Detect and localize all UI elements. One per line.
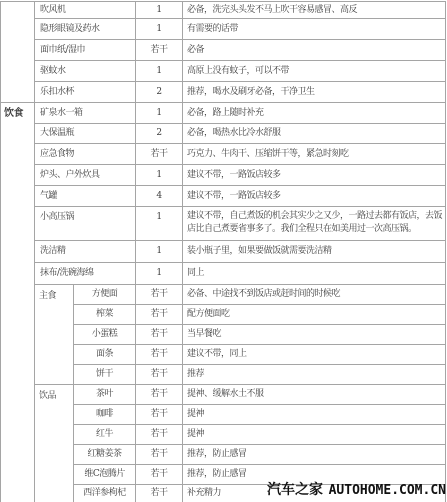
item-cell: 小高压锅 <box>35 207 136 241</box>
item-cell: 气罐 <box>35 186 136 207</box>
table-row: 气罐4建议不带，一路饭店较多 <box>1 186 446 207</box>
note-cell: 提神 <box>183 405 446 425</box>
table-row: 驱蚊水1高原上没有蚊子，可以不带 <box>1 61 446 82</box>
quantity-cell: 若干 <box>136 144 183 165</box>
quantity-cell: 若干 <box>136 485 183 502</box>
note-cell: 建议不带，一路饭店较多 <box>183 165 446 186</box>
item-cell: 方便面 <box>74 285 136 305</box>
table-row: 大保温瓶2必备，喝热水比冷水舒服 <box>1 124 446 144</box>
quantity-cell: 1 <box>136 241 183 263</box>
watermark-site-url: AUTOHOME.COM.CN <box>329 483 446 498</box>
watermark-site-name: 汽车之家 <box>267 482 323 498</box>
item-cell: 大保温瓶 <box>35 124 136 144</box>
table-row: 隐形眼镜及药水1有需要的话带 <box>1 19 446 40</box>
item-cell: 维C泡腾片 <box>74 465 136 485</box>
table-row: 应急食物若干巧克力、牛肉干、压缩饼干等，紧急时刻吃 <box>1 144 446 165</box>
item-cell: 咖啡 <box>74 405 136 425</box>
table-row: 乐扣水杯2推荐，喝水及刷牙必备，干净卫生 <box>1 82 446 103</box>
quantity-cell: 4 <box>136 186 183 207</box>
item-cell: 面巾纸/湿巾 <box>35 40 136 61</box>
quantity-cell: 1 <box>136 263 183 285</box>
table-row: 洗洁精1装小瓶子里，如果要做饭就需要洗洁精 <box>1 241 446 263</box>
category-cell: 饮食 <box>1 103 35 502</box>
note-cell: 必备，路上随时补充 <box>183 103 446 124</box>
note-cell: 推荐，防止感冒 <box>183 445 446 465</box>
note-cell: 装小瓶子里，如果要做饭就需要洗洁精 <box>183 241 446 263</box>
watermark: 汽车之家 AUTOHOME.COM.CN <box>267 479 446 499</box>
table-row: 炉头、户外炊具1建议不带，一路饭店较多 <box>1 165 446 186</box>
quantity-cell: 若干 <box>136 405 183 425</box>
note-cell: 必备 <box>183 40 446 61</box>
quantity-cell: 若干 <box>136 465 183 485</box>
quantity-cell: 2 <box>136 124 183 144</box>
quantity-cell: 若干 <box>136 325 183 345</box>
packing-table-body: 吹风机1必备，洗完头头发不马上吹干容易感冒、高反隐形眼镜及药水1有需要的话带面巾… <box>1 2 446 502</box>
quantity-cell: 2 <box>136 82 183 103</box>
quantity-cell: 若干 <box>136 385 183 405</box>
item-cell: 红牛 <box>74 425 136 445</box>
item-cell: 洗洁精 <box>35 241 136 263</box>
note-cell: 建议不带，同上 <box>183 345 446 365</box>
table-row: 饮食矿泉水一箱1必备，路上随时补充 <box>1 103 446 124</box>
item-cell: 面条 <box>74 345 136 365</box>
quantity-cell: 若干 <box>136 425 183 445</box>
note-cell: 有需要的话带 <box>183 19 446 40</box>
item-cell: 茶叶 <box>74 385 136 405</box>
item-cell: 饼干 <box>74 365 136 385</box>
item-cell: 榨菜 <box>74 305 136 325</box>
table-row: 抹布/洗碗海绵1同上 <box>1 263 446 285</box>
item-cell: 隐形眼镜及药水 <box>35 19 136 40</box>
item-cell: 乐扣水杯 <box>35 82 136 103</box>
packing-table: 吹风机1必备，洗完头头发不马上吹干容易感冒、高反隐形眼镜及药水1有需要的话带面巾… <box>0 1 446 502</box>
subcategory-cell: 主食 <box>35 285 74 385</box>
note-cell: 高原上没有蚊子，可以不带 <box>183 61 446 82</box>
table-row: 小高压锅1建议不带，自己煮饭的机会其实少之又少，一路过去都有饭店，去饭店比自己煮… <box>1 207 446 241</box>
category-cell <box>1 2 35 103</box>
note-cell: 配方便面吃 <box>183 305 446 325</box>
item-cell: 吹风机 <box>35 2 136 19</box>
table-row: 主食方便面若干必备、中途找不到饭店或赶时间的时候吃 <box>1 285 446 305</box>
table-row: 饮品茶叶若干提神、缓解水土不服 <box>1 385 446 405</box>
item-cell: 抹布/洗碗海绵 <box>35 263 136 285</box>
note-cell: 提神、缓解水土不服 <box>183 385 446 405</box>
table-row: 面巾纸/湿巾若干必备 <box>1 40 446 61</box>
item-cell: 红糖姜茶 <box>74 445 136 465</box>
quantity-cell: 1 <box>136 103 183 124</box>
quantity-cell: 1 <box>136 19 183 40</box>
note-cell: 提神 <box>183 425 446 445</box>
item-cell: 矿泉水一箱 <box>35 103 136 124</box>
quantity-cell: 1 <box>136 207 183 241</box>
note-cell: 建议不带，自己煮饭的机会其实少之又少，一路过去都有饭店，去饭店比自己煮要省事多了… <box>183 207 446 241</box>
note-cell: 推荐 <box>183 365 446 385</box>
note-cell: 建议不带，一路饭店较多 <box>183 186 446 207</box>
quantity-cell: 若干 <box>136 345 183 365</box>
quantity-cell: 1 <box>136 61 183 82</box>
quantity-cell: 若干 <box>136 40 183 61</box>
item-cell: 西洋参枸杞 <box>74 485 136 502</box>
note-cell: 必备，喝热水比冷水舒服 <box>183 124 446 144</box>
quantity-cell: 若干 <box>136 285 183 305</box>
item-cell: 驱蚊水 <box>35 61 136 82</box>
item-cell: 小蛋糕 <box>74 325 136 345</box>
item-cell: 应急食物 <box>35 144 136 165</box>
quantity-cell: 若干 <box>136 445 183 465</box>
note-cell: 必备、中途找不到饭店或赶时间的时候吃 <box>183 285 446 305</box>
packing-list-page: 吹风机1必备，洗完头头发不马上吹干容易感冒、高反隐形眼镜及药水1有需要的话带面巾… <box>0 0 447 502</box>
note-cell: 必备，洗完头头发不马上吹干容易感冒、高反 <box>183 2 446 19</box>
subcategory-cell: 饮品 <box>35 385 74 502</box>
quantity-cell: 1 <box>136 2 183 19</box>
note-cell: 当早餐吃 <box>183 325 446 345</box>
note-cell: 推荐，喝水及刷牙必备，干净卫生 <box>183 82 446 103</box>
table-row: 吹风机1必备，洗完头头发不马上吹干容易感冒、高反 <box>1 2 446 19</box>
item-cell: 炉头、户外炊具 <box>35 165 136 186</box>
quantity-cell: 若干 <box>136 365 183 385</box>
quantity-cell: 若干 <box>136 305 183 325</box>
quantity-cell: 1 <box>136 165 183 186</box>
note-cell: 同上 <box>183 263 446 285</box>
note-cell: 巧克力、牛肉干、压缩饼干等，紧急时刻吃 <box>183 144 446 165</box>
